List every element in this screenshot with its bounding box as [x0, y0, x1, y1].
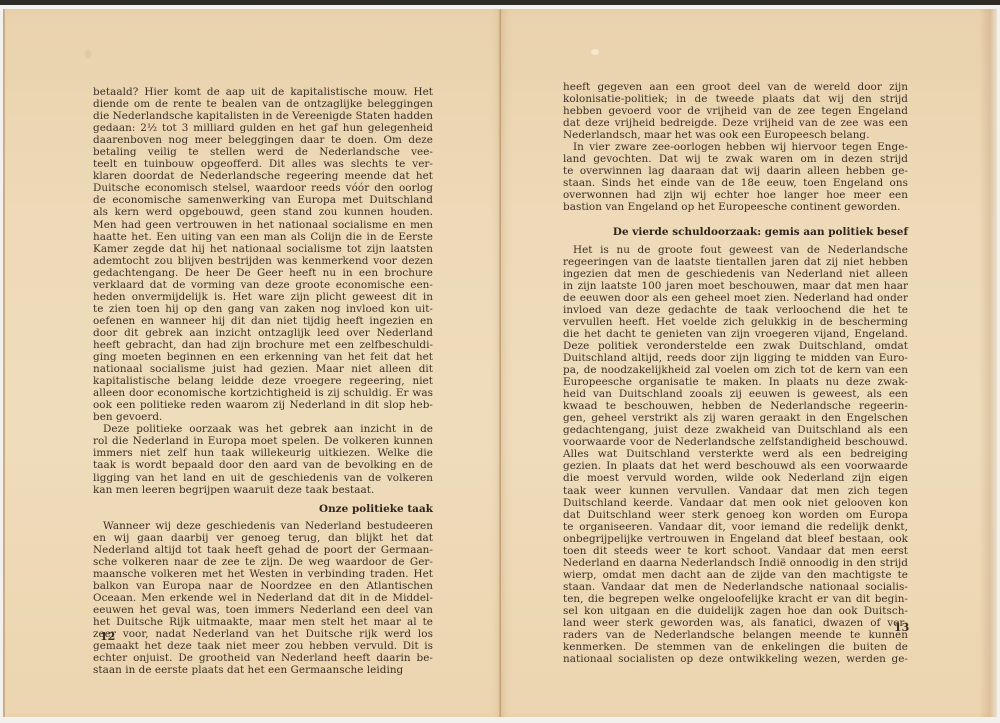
text-line: haatte het. Een uiting van een man als C…	[93, 231, 433, 243]
text-line: hebben gevoerd voor de vrijheid van de z…	[563, 105, 908, 117]
text-line: en wij gaan daarbij ver genoeg terug, da…	[93, 532, 433, 544]
text-line: invloed van deze gedachte de taak verloo…	[563, 304, 908, 316]
text-line: taak weer kunnen vervullen. Vandaar dat …	[563, 485, 908, 497]
left-page-body: betaald? Hier komt de aap uit de kapital…	[93, 86, 433, 676]
text-line: Oceaan. Men erkende wel in Nederland dat…	[93, 592, 433, 604]
text-line: betaald? Hier komt de aap uit de kapital…	[93, 86, 433, 98]
text-line: vervullen heeft. Het voelde zich gelukki…	[563, 316, 908, 328]
text-line: pa, de noodzakelijkheid zal voelen om zi…	[563, 364, 908, 376]
text-line: heeft gegeven aan een groot deel van de …	[563, 81, 908, 93]
text-line: kwaad te beschouwen, hebben de Nederland…	[563, 400, 908, 412]
text-line: ging moeten beginnen en een erkenning va…	[93, 351, 433, 363]
text-line: gen, geheel verstrikt als zij waren gera…	[563, 412, 908, 424]
text-line: verklaard dat de vorming van deze groote…	[93, 279, 433, 291]
text-line: klaren doordat de Nederlandsche regeerin…	[93, 170, 433, 182]
text-line: Duitsche economisch stelsel, waardoor re…	[93, 182, 433, 194]
text-line: betaling veilig te stellen werd de Neder…	[93, 146, 433, 158]
text-line: wierp, omdat men dacht aan de zijde van …	[563, 569, 908, 581]
text-line: staan. Vandaar dat men de Nederlandsche …	[563, 581, 908, 593]
paragraph: Het is nu de groote fout geweest van de …	[563, 244, 908, 666]
text-line: gezien. In plaats dat het werd beschouwd…	[563, 460, 908, 472]
text-line: Nederland en daarna Nederlandsch Indië o…	[563, 557, 908, 569]
text-line: gedaan: 2½ tot 3 milliard gulden en het …	[93, 122, 433, 134]
text-line: daarenboven nog meer beleggingen daar te…	[93, 134, 433, 146]
text-line: gedachtengang. De heer De Geer heeft nu …	[93, 267, 433, 279]
text-line: voorwaarde voor de Nederlandsche zelfsta…	[563, 436, 908, 448]
text-line: de eeuwen door als een geheel moet zien.…	[563, 292, 908, 304]
right-page-body: heeft gegeven aan een groot deel van de …	[563, 81, 908, 665]
paragraph: heeft gegeven aan een groot deel van de …	[563, 81, 908, 141]
text-line: te organiseeren. Vandaar dit, voor ieman…	[563, 521, 908, 533]
text-line: Het is nu de groote fout geweest van de …	[563, 244, 908, 256]
text-line: land weer sterk geworden was, als fanati…	[563, 617, 908, 629]
text-line: alleen door economische kortzichtigheid …	[93, 387, 433, 399]
section-heading: Onze politieke taak	[93, 503, 433, 515]
text-line: heid van Duitschland zooals zij eeuwen i…	[563, 388, 908, 400]
text-line: ten, die begrepen welke ongeloofelijke k…	[563, 593, 908, 605]
text-line: als kern werd opgebouwd, geen stand zou …	[93, 206, 433, 218]
text-line: bastion van Engeland op het Europeesche …	[563, 201, 908, 213]
text-line: kan men leeren begrijpen waaruit deze ta…	[93, 484, 433, 496]
text-line: nationaal socialisten op deze ontwikkeli…	[563, 653, 908, 665]
text-line: regeeringen van de laatste tientallen ja…	[563, 256, 908, 268]
text-line: te overwinnen lag daaraan dat wij daarin…	[563, 165, 908, 177]
paper-spot	[591, 49, 599, 55]
text-line: ingezien dat men de geschiedenis van Ned…	[563, 268, 908, 280]
text-line: in zijn laatste 100 jaren moet beschouwe…	[563, 280, 908, 292]
paragraph: In vier zware zee-oorlogen hebben wij hi…	[563, 141, 908, 213]
text-line: land gevochten. Dat wij te zwak waren om…	[563, 153, 908, 165]
text-line: Duitschland altijd, reeds door zijn ligg…	[563, 352, 908, 364]
text-line: Kamer zegde dat hij het nationaal social…	[93, 243, 433, 255]
text-line: de economische samenwerking van Europa m…	[93, 194, 433, 206]
text-line: kenmerken. De stemmen van de enkelingen …	[563, 641, 908, 653]
text-line: Nederland altijd tot taak heeft gehad de…	[93, 544, 433, 556]
paragraph: Deze politieke oorzaak was het gebrek aa…	[93, 423, 433, 495]
text-line: heeft gebracht, dan had zijn brochure me…	[93, 339, 433, 351]
text-line: rol die Nederland in Europa moet spelen.…	[93, 435, 433, 447]
text-line: raders van de Nederlandsche belangen mee…	[563, 629, 908, 641]
text-line: ademtocht zou blijven bestrijden was ken…	[93, 255, 433, 267]
text-line: diende om de rente te bealen van de ontz…	[93, 98, 433, 110]
text-line: kolonisatie-politiek; in de tweede plaat…	[563, 93, 908, 105]
text-line: dat deze vrijheid bedreigde. Deze vrijhe…	[563, 117, 908, 129]
text-line: ben gevoerd.	[93, 411, 433, 423]
scan-top-edge	[0, 0, 1000, 5]
text-line: Deze politiek veronderstelde een zwak Du…	[563, 340, 908, 352]
text-line: immers niet zelf hun taak willekeurig ui…	[93, 447, 433, 459]
text-line: Alles wat Duitschland versterkte werd al…	[563, 448, 908, 460]
text-line: te zien toen hij op den gang van zaken n…	[93, 303, 433, 315]
page-number: 13	[894, 621, 909, 634]
text-line: die moest vervuld worden, wilde ook Nede…	[563, 472, 908, 484]
text-line: balkon van Europa naar de Noordzee en de…	[93, 580, 433, 592]
text-line: teelt en tuinbouw opgeofferd. Dit alles …	[93, 158, 433, 170]
text-line: staan in de eerste plaats dat het een Ge…	[93, 664, 433, 676]
text-line: taak is wordt bepaald door den aard van …	[93, 459, 433, 471]
section-heading: De vierde schuldoorzaak: gemis aan polit…	[563, 226, 908, 238]
text-line: Wanneer wij deze geschiedenis van Nederl…	[93, 520, 433, 532]
paragraph: Wanneer wij deze geschiedenis van Nederl…	[93, 520, 433, 677]
paper-stain	[85, 49, 91, 59]
text-line: kapitalistische belang leidde deze vroeg…	[93, 375, 433, 387]
text-line: ligging van het land en uit de geschiede…	[93, 472, 433, 484]
text-line: toen dit steeds weer te kort schoot. Van…	[563, 545, 908, 557]
text-line: zeer voor, nadat Nederland van het Duits…	[93, 628, 433, 640]
text-line: sche volkeren naar de zee te zijn. De we…	[93, 556, 433, 568]
text-line: die Nederlandsche kapitalisten in de Ver…	[93, 110, 433, 122]
text-line: Europeesche organisatie te maken. In pla…	[563, 376, 908, 388]
text-line: In vier zware zee-oorlogen hebben wij hi…	[563, 141, 908, 153]
text-line: dat Duitschland weer sterk genoeg kon wo…	[563, 509, 908, 521]
text-line: door dit gebrek aan inzicht ontzaglijk l…	[93, 327, 433, 339]
text-line: ook een politieke reden waarom zij Neder…	[93, 399, 433, 411]
page-number: 12	[100, 630, 115, 643]
text-line: die het dacht te genieten van zijn vroeg…	[563, 328, 908, 340]
text-line: sel kon uitgaan en die duidelijk zagen h…	[563, 605, 908, 617]
text-line: onbegrijpelijke vertrouwen in Engeland d…	[563, 533, 908, 545]
text-line: Men had geen vertrouwen in het nationaal…	[93, 219, 433, 231]
text-line: oefenen en wanneer hij dit dan niet tijd…	[93, 315, 433, 327]
text-line: staan. Sinds het einde van de 18e eeuw, …	[563, 177, 908, 189]
text-line: nationaal socialisme juist had gezien. M…	[93, 363, 433, 375]
text-line: overwonnen had zijn wij echter hoe lange…	[563, 189, 908, 201]
text-line: Duitschland keerde. Vandaar dat men ook …	[563, 497, 908, 509]
text-line: Deze politieke oorzaak was het gebrek aa…	[93, 423, 433, 435]
text-line: maansche volkeren met het Westen in verb…	[93, 568, 433, 580]
text-line: heden onvermijdelijk is. Het ware zijn p…	[93, 291, 433, 303]
text-line: eeuwen het geval was, toen immers Nederl…	[93, 604, 433, 616]
text-line: echter onjuist. De grootheid van Nederla…	[93, 652, 433, 664]
text-line: gedachtengang, juist deze zwakheid van D…	[563, 424, 908, 436]
text-line: gemaakt het deze taak niet meer zou hebb…	[93, 640, 433, 652]
paragraph: betaald? Hier komt de aap uit de kapital…	[93, 86, 433, 423]
text-line: Nederlandsch, maar het was ook een Europ…	[563, 129, 908, 141]
text-line: het Duitsche Rijk uitmaakte, maar men st…	[93, 616, 433, 628]
